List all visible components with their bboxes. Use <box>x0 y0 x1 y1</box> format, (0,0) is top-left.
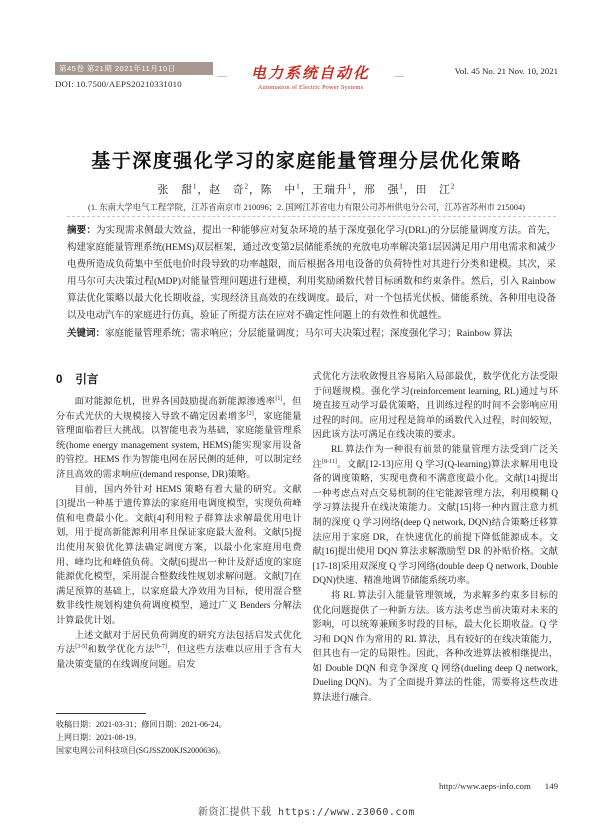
section-heading-intro: 0引言 <box>56 371 302 387</box>
content-columns: 0引言 面对能源危机，世界各国鼓励提高新能源渗透率[1]，但分布式光伏的大规模接… <box>56 370 558 772</box>
paragraph: 式优化方法收敛慢且容易陷入局部最优，数学优化方法受限于问题规模。强化学习(rei… <box>313 370 559 443</box>
journal-logo: 电力系统自动化 Automation of Electric Power Sys… <box>231 62 391 91</box>
paragraph: 将 RL 算法引入能量管理领域，为求解多约束多目标的优化问题提供了一种新方法。该… <box>313 589 559 706</box>
footnote-received-date: 收稿日期：2021-03-31；修回日期：2021-06-24。 <box>56 718 308 731</box>
footnote-online-date: 上网日期：2021-08-19。 <box>56 731 308 744</box>
abstract-paragraph: 摘要：为实现需求侧最大效益，提出一种能够应对复杂环境的基于深度强化学习(DRL)… <box>67 222 556 325</box>
header-divider-right <box>395 76 405 77</box>
footer-journal-url[interactable]: http://www.aeps-info.com <box>439 781 531 791</box>
affiliation-line: (1. 东南大学电气工程学院，江苏省南京市 210096；2. 国网江苏省电力有… <box>30 201 583 213</box>
journal-header: 第45卷 第21期 2021年11月10日 DOI: 10.7500/AEPS2… <box>55 62 558 91</box>
right-column: 式优化方法收敛慢且容易陷入局部最优，数学优化方法受限于问题规模。强化学习(rei… <box>313 370 559 772</box>
watermark-text: 新资汇提供下载 <box>198 807 278 818</box>
abstract-label: 摘要： <box>67 225 96 236</box>
header-left-block: 第45卷 第21期 2021年11月10日 DOI: 10.7500/AEPS2… <box>55 62 213 89</box>
page-number: 149 <box>545 781 558 791</box>
journal-name-en: Automation of Electric Power Systems <box>231 84 391 91</box>
abstract-section: 摘要：为实现需求侧最大效益，提出一种能够应对复杂环境的基于深度强化学习(DRL)… <box>67 216 556 374</box>
section-title: 引言 <box>75 374 98 386</box>
left-column: 0引言 面对能源危机，世界各国鼓励提高新能源渗透率[1]，但分布式光伏的大规模接… <box>56 370 302 772</box>
page: 第45卷 第21期 2021年11月10日 DOI: 10.7500/AEPS2… <box>0 0 613 825</box>
download-watermark: 新资汇提供下载 https://www.z3060.com <box>0 803 613 818</box>
paragraph: 面对能源危机，世界各国鼓励提高新能源渗透率[1]，但分布式光伏的大规模接入导致不… <box>56 395 302 483</box>
paragraph: RL 算法作为一种很有前景的能量管理方法受到广泛关注[8-11]。文献[12-1… <box>313 443 559 589</box>
abstract-text: 为实现需求侧最大效益，提出一种能够应对复杂环境的基于深度强化学习(DRL)的分层… <box>67 226 556 321</box>
section-number: 0 <box>56 374 62 386</box>
keywords-paragraph: 关键词：家庭能量管理系统；需求响应；分层能量调度；马尔可夫决策过程；深度强化学习… <box>67 325 556 343</box>
authors-line: 张 甜1，赵 奇2，陈 中1，王瑞升1，邢 强1，田 江2 <box>40 182 573 197</box>
keywords-label: 关键词： <box>67 328 105 339</box>
header-divider-left <box>217 76 227 77</box>
page-footer: http://www.aeps-info.com149 <box>439 781 558 791</box>
paper-title: 基于深度强化学习的家庭能量管理分层优化策略 <box>40 146 573 173</box>
keywords-text: 家庭能量管理系统；需求响应；分层能量调度；马尔可夫决策过程；深度强化学习；Rai… <box>105 329 512 339</box>
footnote-divider <box>56 713 146 714</box>
doi-text: DOI: 10.7500/AEPS20210331010 <box>55 79 213 89</box>
journal-name-cn: 电力系统自动化 <box>231 62 391 83</box>
footnote-project: 国家电网公司科技项目(SGJSSZ00KJS2000636)。 <box>56 744 308 757</box>
watermark-link[interactable]: https://www.z3060.com <box>278 807 415 818</box>
volume-info: Vol. 45 No. 21 Nov. 10, 2021 <box>408 62 558 76</box>
footnote-block: 收稿日期：2021-03-31；修回日期：2021-06-24。 上网日期：20… <box>56 713 308 757</box>
paragraph: 上述文献对于居民负荷调度的研究方法包括启发式优化方法[3-5]和数学优化方法[6… <box>56 629 302 673</box>
paragraph: 目前，国内外针对 HEMS 策略有着大量的研究。文献[3]提出一种基于遗传算法的… <box>56 483 302 629</box>
issue-badge: 第45卷 第21期 2021年11月10日 <box>55 62 213 75</box>
